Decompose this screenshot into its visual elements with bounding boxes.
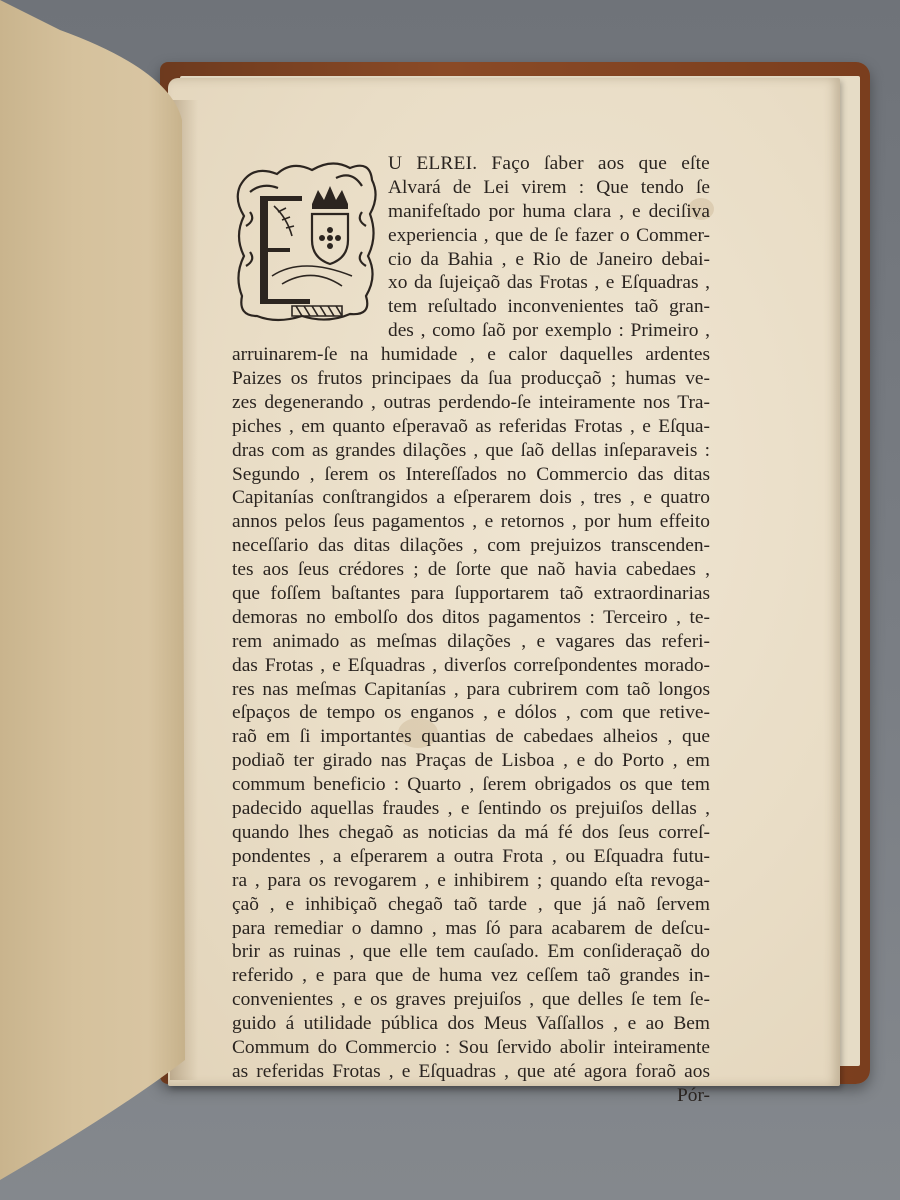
text-line: que foſſem baſtantes para ſupportarem ta… [232,582,710,606]
text-line: eſpaços de tempo os enganos , e dólos , … [232,701,710,725]
text-line: podiaõ ter girado nas Praças de Lisboa ,… [232,749,710,773]
text-line: zes degenerando , outras perdendo-ſe int… [232,391,710,415]
text-line: referido , e para que de huma vez ceſſem… [232,964,710,988]
text-line: commum beneficio : Quarto , ſerem obriga… [232,773,710,797]
text-line: demoras no embolſo dos ditos pagamentos … [232,606,710,630]
text-line: Paizes os frutos principaes da ſua produ… [232,367,710,391]
text-line: brir as ruinas , que elle tem cauſado. E… [232,940,710,964]
document-text: U ELREI. Faço ſaber aos que eſte Alvará … [232,152,710,1108]
text-line: raõ em ſi importantes quantias de cabeda… [232,725,710,749]
catchword: Pór- [232,1084,710,1108]
text-line: rem animado as meſmas dilações , e vagar… [232,630,710,654]
text-line: convenientes , e os graves prejuiſos , q… [232,988,710,1012]
text-line: quando lhes chegaõ as noticias da má fé … [232,821,710,845]
left-page-curl [0,0,185,1180]
text-line: ra , para os revogarem , e inhibirem ; q… [232,869,710,893]
text-line: Segundo , ſerem os Intereſſados no Comme… [232,463,710,487]
text-line: arruinarem-ſe na humidade , e calor daqu… [232,343,710,367]
text-line: Capitanías conſtrangidos a eſperarem doi… [232,486,710,510]
text-line: neceſſario das ditas dilações , com prej… [232,534,710,558]
text-line: res nas meſmas Capitanías , para cubrire… [232,678,710,702]
text-line: annos pelos ſeus pagamentos , e retornos… [232,510,710,534]
ornamental-initial-icon [232,156,380,326]
text-line: para remediar o damno , mas ſó para acab… [232,917,710,941]
text-line: as referidas Frotas , e Eſquadras , que … [232,1060,710,1084]
text-line: çaõ , e inhibiçaõ chegaõ taõ tarde , que… [232,893,710,917]
text-line: pondentes , a eſperarem a outra Frota , … [232,845,710,869]
text-line: padecido aquellas fraudes , e ſentindo o… [232,797,710,821]
text-line: dras com as grandes dilações , que ſaõ d… [232,439,710,463]
text-line: das Frotas , e Eſquadras , diverſos corr… [232,654,710,678]
text-line: piches , em quanto eſperavaõ as referida… [232,415,710,439]
text-line: Commum do Commercio : Sou ſervido abolir… [232,1036,710,1060]
text-line: guido á utilidade pública dos Meus Vaſſa… [232,1012,710,1036]
text-line: tes aos ſeus crédores ; de ſorte que naõ… [232,558,710,582]
